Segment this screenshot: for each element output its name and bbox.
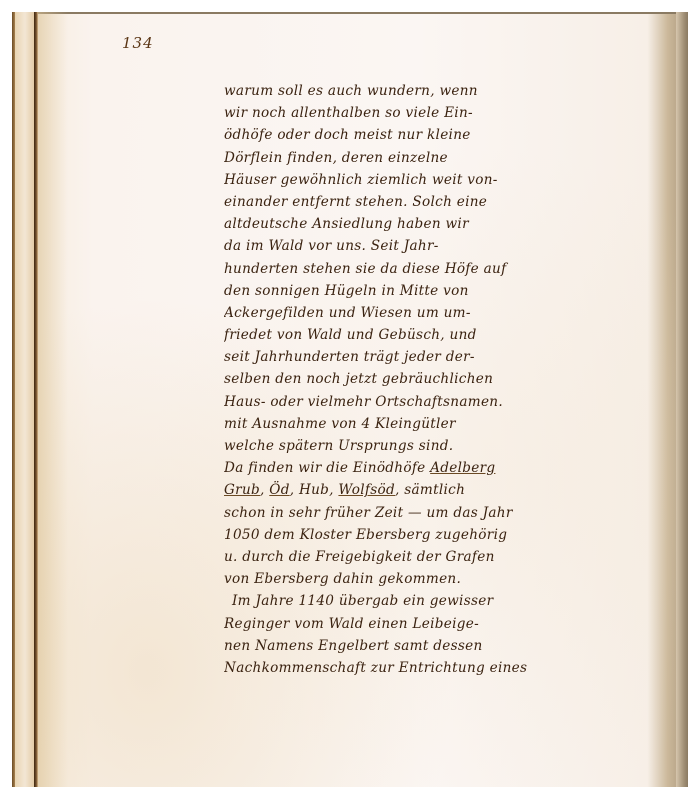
binding-strip xyxy=(15,12,35,787)
text-line: hunderten stehen sie da diese Höfe auf xyxy=(224,258,654,280)
text-line: Ackergefilden und Wiesen um um- xyxy=(224,302,654,324)
text-line: friedet von Wald und Gebüsch, und xyxy=(224,324,654,346)
text-line: wir noch allenthalben so viele Ein- xyxy=(224,102,654,124)
page-number: 134 xyxy=(122,34,154,52)
text-line: warum soll es auch wundern, wenn xyxy=(224,80,654,102)
page-top-edge xyxy=(12,12,688,14)
text-line: Dörflein finden, deren einzelne xyxy=(224,147,654,169)
text-line: Grub, Öd, Hub, Wolfsöd, sämtlich xyxy=(224,479,654,501)
text-line: schon in sehr früher Zeit — um das Jahr xyxy=(224,502,654,524)
text-line: Im Jahre 1140 übergab ein gewisser xyxy=(224,590,654,612)
underlined-word: Grub xyxy=(224,482,260,498)
text-line: seit Jahrhunderten trägt jeder der- xyxy=(224,346,654,368)
text-line: mit Ausnahme von 4 Kleingütler xyxy=(224,413,654,435)
underlined-word: Adelberg xyxy=(430,460,495,476)
text-line: selben den noch jetzt gebräuchlichen xyxy=(224,368,654,390)
text-line: ödhöfe oder doch meist nur kleine xyxy=(224,124,654,146)
text-line: den sonnigen Hügeln in Mitte von xyxy=(224,280,654,302)
text-line: Nachkommenschaft zur Entrichtung eines xyxy=(224,657,654,679)
text-line: von Ebersberg dahin gekommen. xyxy=(224,568,654,590)
text-line: nen Namens Engelbert samt dessen xyxy=(224,635,654,657)
text-line: welche spätern Ursprungs sind. xyxy=(224,435,654,457)
text-line: Reginger vom Wald einen Leibeige- xyxy=(224,613,654,635)
underlined-word: Wolfsöd xyxy=(338,482,395,498)
underlined-word: Öd xyxy=(269,482,289,498)
text-line: da im Wald vor uns. Seit Jahr- xyxy=(224,235,654,257)
text-line: einander entfernt stehen. Solch eine xyxy=(224,191,654,213)
text-line: u. durch die Freigebigkeit der Grafen xyxy=(224,546,654,568)
text-line: Haus- oder vielmehr Ortschaftsnamen. xyxy=(224,391,654,413)
text-line: Häuser gewöhnlich ziemlich weit von- xyxy=(224,169,654,191)
text-line: Da finden wir die Einödhöfe Adelberg xyxy=(224,457,654,479)
text-line: 1050 dem Kloster Ebersberg zugehörig xyxy=(224,524,654,546)
gutter-shadow xyxy=(38,12,68,787)
text-line: altdeutsche Ansiedlung haben wir xyxy=(224,213,654,235)
handwritten-text-block: warum soll es auch wundern, wenn wir noc… xyxy=(224,80,654,679)
page-right-edge xyxy=(676,12,688,787)
